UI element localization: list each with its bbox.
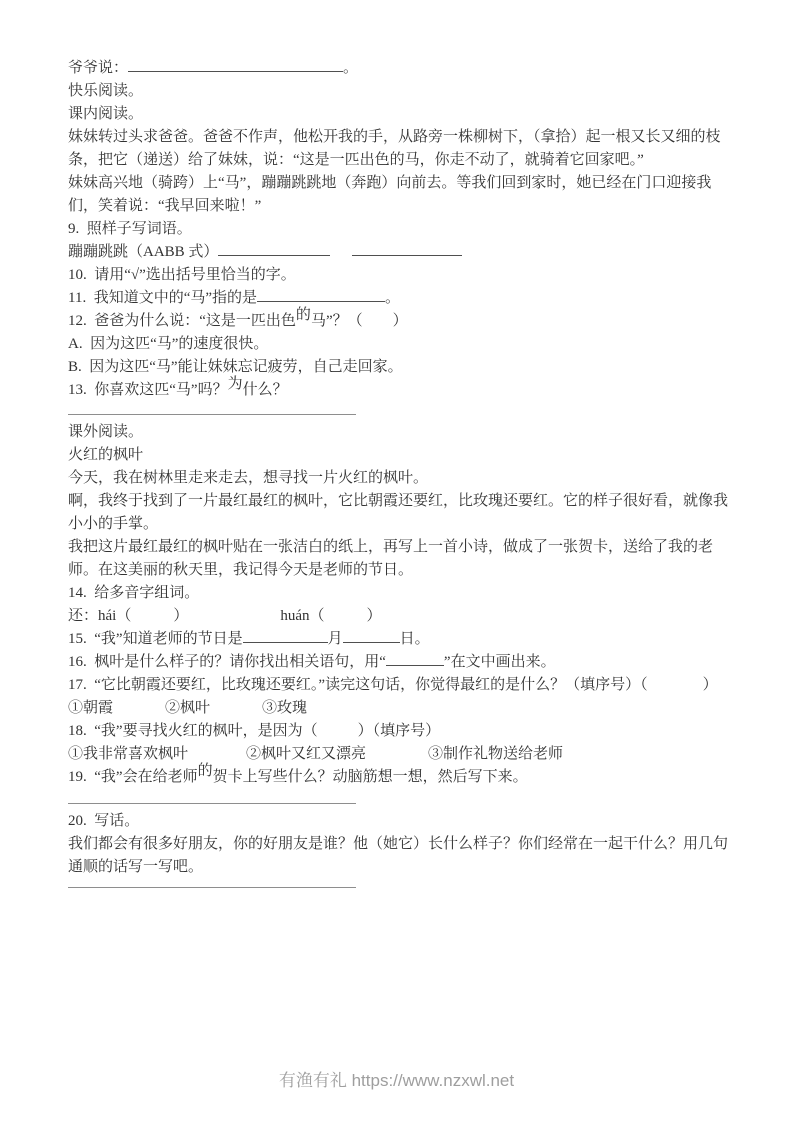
question-12-mid: 马”？（ bbox=[311, 313, 363, 329]
spacer bbox=[210, 711, 262, 712]
question-12-close: ） bbox=[393, 313, 408, 329]
passage-paragraph-1: 妹妹转过头求爸爸。爸爸不作声，他松开我的手，从路旁一株柳树下，（拿拾）起一根又长… bbox=[68, 126, 731, 172]
question-17-prefix: 17. “它比朝霞还要红，比玫瑰还要红。”读完这句话，你觉得最红的是什么？（填序… bbox=[68, 677, 648, 693]
spacer bbox=[188, 757, 246, 758]
answer-rule bbox=[68, 887, 356, 888]
question-15-mid: 月 bbox=[328, 631, 343, 647]
answer-paren-gap bbox=[363, 324, 393, 325]
watermark-footer: 有渔有礼 https://www.nzxwl.net bbox=[0, 1066, 793, 1091]
essay-paragraph-3: 我把这片最红最红的枫叶贴在一张洁白的纸上，再写上一首小诗，做成了一张贺卡，送给了… bbox=[68, 536, 731, 582]
question-18-close: ）（填序号） bbox=[358, 723, 441, 739]
question-11-suffix: 。 bbox=[385, 290, 400, 306]
answer-rule bbox=[68, 414, 356, 415]
option-2: ②枫叶又红又漂亮 bbox=[246, 746, 366, 762]
answer-rule bbox=[68, 803, 356, 804]
option-1: ①我非常喜欢枫叶 bbox=[68, 746, 188, 762]
question-13: 13. 你喜欢这匹“马”吗？为什么？ bbox=[68, 379, 731, 402]
grandpa-says-line: 爷爷说：。 bbox=[68, 57, 731, 80]
question-14-close1: ） bbox=[173, 608, 188, 624]
question-12-option-b: B. 因为这匹“马”能让妹妹忘记疲劳，自己走回家。 bbox=[68, 356, 731, 379]
question-17: 17. “它比朝霞还要红，比玫瑰还要红。”读完这句话，你觉得最红的是什么？（填序… bbox=[68, 674, 731, 697]
question-18-options: ①我非常喜欢枫叶②枫叶又红又漂亮③制作礼物送给老师 bbox=[68, 743, 731, 766]
answer-blank bbox=[218, 241, 330, 256]
question-14-close2: ） bbox=[367, 608, 382, 624]
answer-blank bbox=[386, 651, 444, 666]
answer-blank bbox=[352, 241, 462, 256]
question-20-label: 20. 写话。 bbox=[68, 810, 731, 833]
essay-title: 火红的枫叶 bbox=[68, 444, 731, 467]
question-16-suffix: ”在文中画出来。 bbox=[444, 654, 556, 670]
answer-blank bbox=[257, 287, 385, 302]
question-9-item: 蹦蹦跳跳（AABB 式） bbox=[68, 241, 731, 264]
question-12-raised-char: 的 bbox=[296, 307, 311, 323]
question-17-close: ） bbox=[703, 677, 718, 693]
question-14-word: 还： bbox=[68, 608, 98, 624]
question-15: 15. “我”知道老师的节日是月日。 bbox=[68, 628, 731, 651]
answer-paren-gap bbox=[648, 688, 703, 689]
essay-paragraph-1: 今天，我在树林里走来走去，想寻找一片火红的枫叶。 bbox=[68, 467, 731, 490]
grandpa-says-prefix: 爷爷说： bbox=[68, 60, 128, 76]
essay-paragraph-2: 啊，我终于找到了一片最红最红的枫叶，它比朝霞还要红，比玫瑰还要红。它的样子很好看… bbox=[68, 490, 731, 536]
question-18-prefix: 18. “我”要寻找火红的枫叶，是因为（ bbox=[68, 723, 318, 739]
spacer bbox=[330, 255, 352, 256]
option-2: ②枫叶 bbox=[165, 700, 210, 716]
answer-blank bbox=[128, 57, 343, 72]
question-19-raised-char: 的 bbox=[198, 763, 213, 779]
grandpa-says-suffix: 。 bbox=[343, 60, 358, 76]
answer-paren-gap bbox=[131, 619, 173, 620]
question-9-item-prefix: 蹦蹦跳跳（AABB 式） bbox=[68, 244, 218, 260]
question-13-suffix: 什么？ bbox=[243, 382, 288, 398]
question-13-raised-char: 为 bbox=[228, 376, 243, 392]
question-10: 10. 请用“√”选出括号里恰当的字。 bbox=[68, 264, 731, 287]
question-15-prefix: 15. “我”知道老师的节日是 bbox=[68, 631, 243, 647]
question-14-pinyin1: hái（ bbox=[98, 608, 131, 624]
question-15-suffix: 日。 bbox=[400, 631, 430, 647]
question-16-prefix: 16. 枫叶是什么样子的？请你找出相关语句，用“ bbox=[68, 654, 386, 670]
question-19-suffix: 贺卡上写些什么？动脑筋想一想，然后写下来。 bbox=[213, 769, 528, 785]
spacer bbox=[188, 619, 280, 620]
question-19: 19. “我”会在给老师的贺卡上写些什么？动脑筋想一想，然后写下来。 bbox=[68, 766, 731, 789]
section-in-class-reading: 课内阅读。 bbox=[68, 103, 731, 126]
question-9-label: 9. 照样子写词语。 bbox=[68, 218, 731, 241]
question-19-prefix: 19. “我”会在给老师 bbox=[68, 769, 198, 785]
question-14-item: 还：hái（）huán（） bbox=[68, 605, 731, 628]
option-3: ③制作礼物送给老师 bbox=[428, 746, 563, 762]
question-16: 16. 枫叶是什么样子的？请你找出相关语句，用“”在文中画出来。 bbox=[68, 651, 731, 674]
section-out-class-reading: 课外阅读。 bbox=[68, 421, 731, 444]
question-11: 11. 我知道文中的“马”指的是。 bbox=[68, 287, 731, 310]
question-11-prefix: 11. 我知道文中的“马”指的是 bbox=[68, 290, 257, 306]
answer-blank bbox=[343, 628, 400, 643]
worksheet-body: 爷爷说：。 快乐阅读。 课内阅读。 妹妹转过头求爸爸。爸爸不作声，他松开我的手，… bbox=[0, 0, 793, 888]
question-18: 18. “我”要寻找火红的枫叶，是因为（）（填序号） bbox=[68, 720, 731, 743]
section-happy-reading: 快乐阅读。 bbox=[68, 80, 731, 103]
worksheet-page: 爷爷说：。 快乐阅读。 课内阅读。 妹妹转过头求爸爸。爸爸不作声，他松开我的手，… bbox=[0, 0, 793, 1122]
option-3: ③玫瑰 bbox=[262, 700, 307, 716]
question-14-label: 14. 给多音字组词。 bbox=[68, 582, 731, 605]
question-12: 12. 爸爸为什么说：“这是一匹出色的马”？（） bbox=[68, 310, 731, 333]
question-12-prefix: 12. 爸爸为什么说：“这是一匹出色 bbox=[68, 313, 296, 329]
question-17-options: ①朝霞②枫叶③玫瑰 bbox=[68, 697, 731, 720]
question-20-prompt: 我们都会有很多好朋友，你的好朋友是谁？他（她它）长什么样子？你们经常在一起干什么… bbox=[68, 833, 731, 879]
option-1: ①朝霞 bbox=[68, 700, 113, 716]
answer-blank bbox=[243, 628, 328, 643]
spacer bbox=[366, 757, 428, 758]
spacer bbox=[113, 711, 165, 712]
question-12-option-a: A. 因为这匹“马”的速度很快。 bbox=[68, 333, 731, 356]
question-13-prefix: 13. 你喜欢这匹“马”吗？ bbox=[68, 382, 228, 398]
answer-paren-gap bbox=[325, 619, 367, 620]
passage-paragraph-2: 妹妹高兴地（骑跨）上“马”，蹦蹦跳跳地（奔跑）向前去。等我们回到家时，她已经在门… bbox=[68, 172, 731, 218]
question-14-pinyin2: huán（ bbox=[280, 608, 324, 624]
answer-paren-gap bbox=[318, 734, 358, 735]
